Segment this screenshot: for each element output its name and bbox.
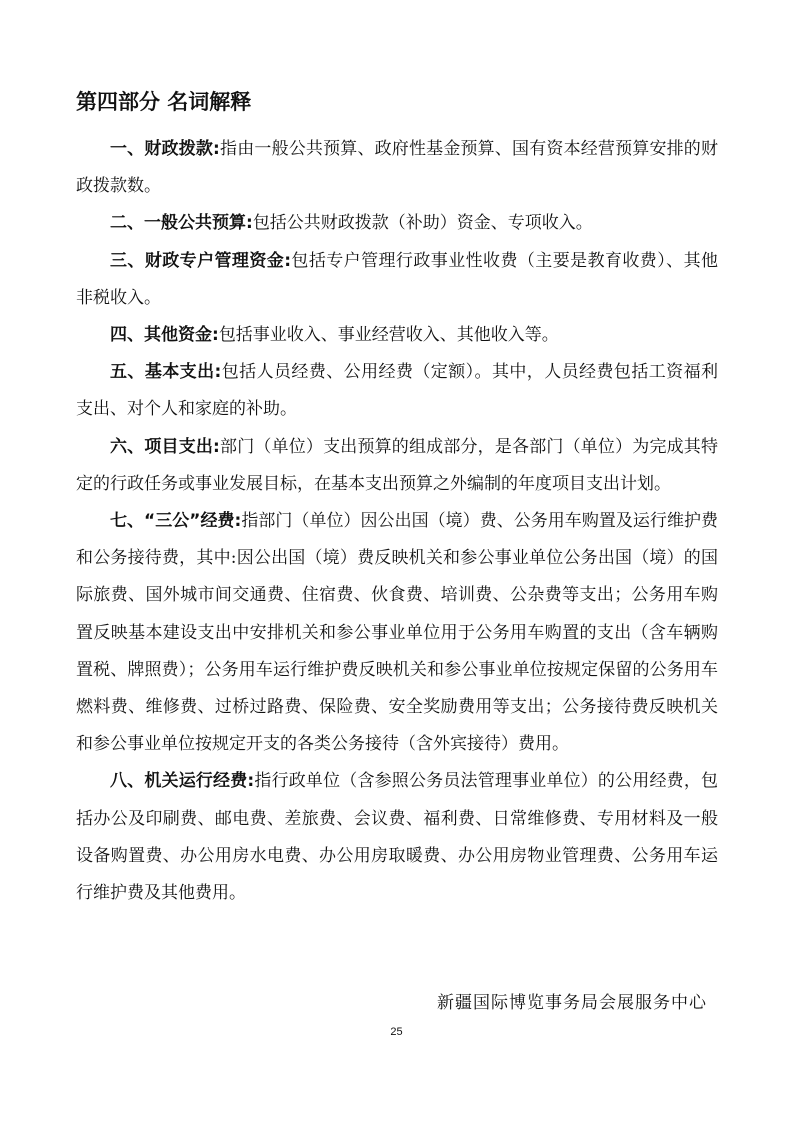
definition-text: 包括公共财政拨款（补助）资金、专项收入。 <box>253 213 593 233</box>
definition-paragraph: 五、基本支出:包括人员经费、公用经费（定额）。其中，人员经费包括工资福利支出、对… <box>76 354 718 428</box>
page-number: 25 <box>0 1026 793 1038</box>
definition-term: 六、项目支出: <box>110 437 220 457</box>
definition-term: 二、一般公共预算: <box>110 213 253 233</box>
definition-text: 包括事业收入、事业经营收入、其他收入等。 <box>219 325 559 345</box>
definition-paragraph: 四、其他资金:包括事业收入、事业经营收入、其他收入等。 <box>76 317 718 354</box>
definition-paragraph: 八、机关运行经费:指行政单位（含参照公务员法管理事业单位）的公用经费，包括办公及… <box>76 763 718 912</box>
definition-term: 四、其他资金: <box>110 325 219 345</box>
definition-term: 五、基本支出: <box>110 362 221 382</box>
definition-term: 三、财政专户管理资金: <box>110 251 291 271</box>
definition-term: 一、财政拨款: <box>110 139 220 159</box>
definition-text: 指部门（单位）因公出国（境）费、公务用车购置及运行维护费和公务接待费，其中:因公… <box>76 511 718 754</box>
definition-term: 八、机关运行经费: <box>110 771 254 791</box>
definition-term: 七、“三公”经费: <box>110 511 241 531</box>
definition-paragraph: 三、财政专户管理资金:包括专户管理行政事业性收费（主要是教育收费）、其他非税收入… <box>76 243 718 317</box>
signature: 新疆国际博览事务局会展服务中心 <box>437 988 707 1013</box>
definition-paragraph: 一、财政拨款:指由一般公共预算、政府性基金预算、国有资本经营预算安排的财政拨款数… <box>76 131 718 205</box>
definitions-body: 一、财政拨款:指由一般公共预算、政府性基金预算、国有资本经营预算安排的财政拨款数… <box>76 131 718 912</box>
definition-paragraph: 二、一般公共预算:包括公共财政拨款（补助）资金、专项收入。 <box>76 205 718 242</box>
definition-paragraph: 六、项目支出:部门（单位）支出预算的组成部分，是各部门（单位）为完成其特定的行政… <box>76 429 718 503</box>
section-title: 第四部分 名词解释 <box>76 86 251 116</box>
definition-paragraph: 七、“三公”经费:指部门（单位）因公出国（境）费、公务用车购置及运行维护费和公务… <box>76 503 718 763</box>
